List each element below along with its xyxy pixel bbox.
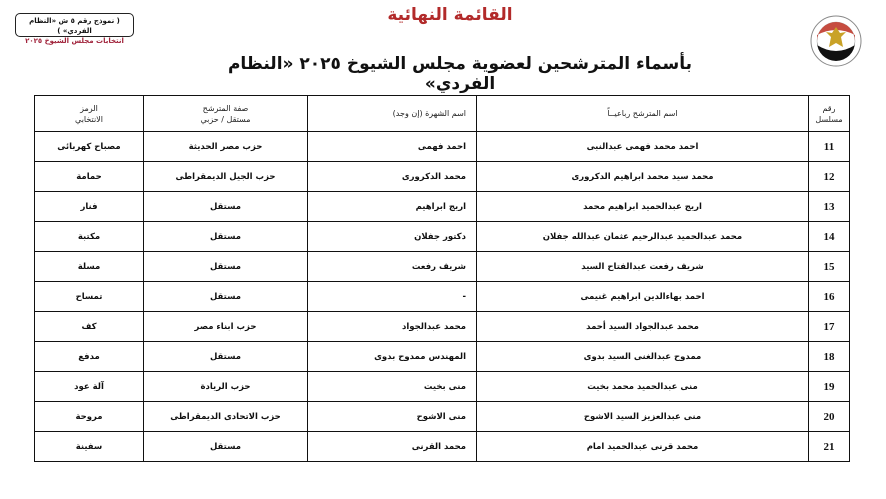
- cell-name: منى عبدالعزيز السيد الاشوح: [477, 402, 809, 432]
- cell-symbol: مروحة: [35, 402, 144, 432]
- cell-nickname: دكتور جفلان: [308, 222, 477, 252]
- cell-name: احمد محمد فهمى عبدالنبى: [477, 132, 809, 162]
- col-header-serial: رقم مسلسل: [809, 96, 850, 132]
- cell-serial: 20: [809, 402, 850, 432]
- cell-status: مستقل: [144, 222, 308, 252]
- cell-symbol: تمساح: [35, 282, 144, 312]
- col-header-nickname: اسم الشهرة (إن وجد): [308, 96, 477, 132]
- cell-status: حزب الاتحادى الديمقراطى: [144, 402, 308, 432]
- cell-nickname: محمد القرنى: [308, 432, 477, 462]
- table-row: 13اريج عبدالحميد ابراهيم محمداريج ابراهي…: [35, 192, 850, 222]
- cell-nickname: منى الاشوح: [308, 402, 477, 432]
- cell-name: محمد قرنى عبدالحميد امام: [477, 432, 809, 462]
- cell-serial: 17: [809, 312, 850, 342]
- cell-symbol: آلة عود: [35, 372, 144, 402]
- cell-nickname: منى بخيت: [308, 372, 477, 402]
- cell-serial: 11: [809, 132, 850, 162]
- cell-serial: 19: [809, 372, 850, 402]
- table-row: 11احمد محمد فهمى عبدالنبىاحمد فهمىحزب مص…: [35, 132, 850, 162]
- col-header-symbol-line1: الرمز: [35, 103, 143, 114]
- cell-name: منى عبدالحميد محمد بخيت: [477, 372, 809, 402]
- cell-status: مستقل: [144, 252, 308, 282]
- cell-nickname: -: [308, 282, 477, 312]
- cell-serial: 15: [809, 252, 850, 282]
- col-header-status: صفة المترشحمستقل / حزبي: [144, 96, 308, 132]
- table-header-row: رقم مسلسل اسم المترشح رباعيــاً اسم الشه…: [35, 96, 850, 132]
- cell-name: احمد بهاءالدين ابراهيم غنيمى: [477, 282, 809, 312]
- final-list-title: القائمة النهائية: [300, 5, 600, 25]
- cell-status: حزب مصر الحديثة: [144, 132, 308, 162]
- cell-symbol: سفينة: [35, 432, 144, 462]
- table-row: 14محمد عبدالحميد عبدالرحيم عثمان عبدالله…: [35, 222, 850, 252]
- cell-serial: 12: [809, 162, 850, 192]
- col-header-name-label: اسم المترشح رباعيــاً: [607, 109, 677, 118]
- election-name-label: انتخابات مجلس الشيوخ ٢٠٢٥: [16, 36, 133, 46]
- cell-name: محمد عبدالجواد السيد أحمد: [477, 312, 809, 342]
- col-header-serial-label: رقم مسلسل: [815, 104, 842, 124]
- cell-symbol: كف: [35, 312, 144, 342]
- cell-name: شريف رفعت عبدالفتاح السيد: [477, 252, 809, 282]
- cell-status: حزب الريادة: [144, 372, 308, 402]
- cell-name: اريج عبدالحميد ابراهيم محمد: [477, 192, 809, 222]
- cell-status: مستقل: [144, 432, 308, 462]
- cell-name: محمد عبدالحميد عبدالرحيم عثمان عبدالله ج…: [477, 222, 809, 252]
- col-header-nickname-label: اسم الشهرة (إن وجد): [393, 109, 466, 118]
- cell-status: مستقل: [144, 282, 308, 312]
- cell-symbol: مكتبة: [35, 222, 144, 252]
- col-header-name: اسم المترشح رباعيــاً: [477, 96, 809, 132]
- table-row: 18ممدوح عبدالغنى السيد بدوىالمهندس ممدوح…: [35, 342, 850, 372]
- col-header-symbol: الرمزالانتخابي: [35, 96, 144, 132]
- col-header-status-line2: مستقل / حزبي: [144, 114, 307, 125]
- col-header-symbol-line2: الانتخابي: [35, 114, 143, 125]
- cell-symbol: مسلة: [35, 252, 144, 282]
- document-main-title: بأسماء المترشحين لعضوية مجلس الشيوخ ٢٠٢٥…: [190, 54, 730, 94]
- table-row: 21محمد قرنى عبدالحميد اماممحمد القرنىمست…: [35, 432, 850, 462]
- cell-nickname: اريج ابراهيم: [308, 192, 477, 222]
- cell-status: مستقل: [144, 342, 308, 372]
- table-row: 12محمد سيد محمد ابراهيم الدكرورىمحمد الد…: [35, 162, 850, 192]
- cell-nickname: محمد الدكرورى: [308, 162, 477, 192]
- table-row: 19منى عبدالحميد محمد بخيتمنى بخيتحزب الر…: [35, 372, 850, 402]
- cell-nickname: شريف رفعت: [308, 252, 477, 282]
- cell-symbol: مصباح كهربائى: [35, 132, 144, 162]
- cell-serial: 16: [809, 282, 850, 312]
- cell-name: ممدوح عبدالغنى السيد بدوى: [477, 342, 809, 372]
- cell-status: حزب الجيل الديمقراطى: [144, 162, 308, 192]
- col-header-status-line1: صفة المترشح: [144, 103, 307, 114]
- cell-nickname: المهندس ممدوح بدوى: [308, 342, 477, 372]
- cell-serial: 13: [809, 192, 850, 222]
- cell-serial: 21: [809, 432, 850, 462]
- elections-authority-logo-icon: [810, 15, 862, 67]
- table-row: 17محمد عبدالجواد السيد أحمدمحمد عبدالجوا…: [35, 312, 850, 342]
- cell-name: محمد سيد محمد ابراهيم الدكرورى: [477, 162, 809, 192]
- cell-status: مستقل: [144, 192, 308, 222]
- candidates-table: رقم مسلسل اسم المترشح رباعيــاً اسم الشه…: [34, 95, 850, 462]
- table-row: 20منى عبدالعزيز السيد الاشوحمنى الاشوححز…: [35, 402, 850, 432]
- form-number-badge: ( نموذج رقم ٥ ش «النظام الفردي» ) انتخاب…: [15, 13, 134, 37]
- cell-status: حزب ابناء مصر: [144, 312, 308, 342]
- table-row: 15شريف رفعت عبدالفتاح السيدشريف رفعتمستق…: [35, 252, 850, 282]
- cell-nickname: محمد عبدالجواد: [308, 312, 477, 342]
- cell-symbol: مدفع: [35, 342, 144, 372]
- cell-symbol: حمامة: [35, 162, 144, 192]
- form-number-label: ( نموذج رقم ٥ ش «النظام الفردي» ): [16, 16, 133, 36]
- cell-symbol: فنار: [35, 192, 144, 222]
- cell-serial: 14: [809, 222, 850, 252]
- table-row: 16احمد بهاءالدين ابراهيم غنيمى-مستقلتمسا…: [35, 282, 850, 312]
- cell-nickname: احمد فهمى: [308, 132, 477, 162]
- cell-serial: 18: [809, 342, 850, 372]
